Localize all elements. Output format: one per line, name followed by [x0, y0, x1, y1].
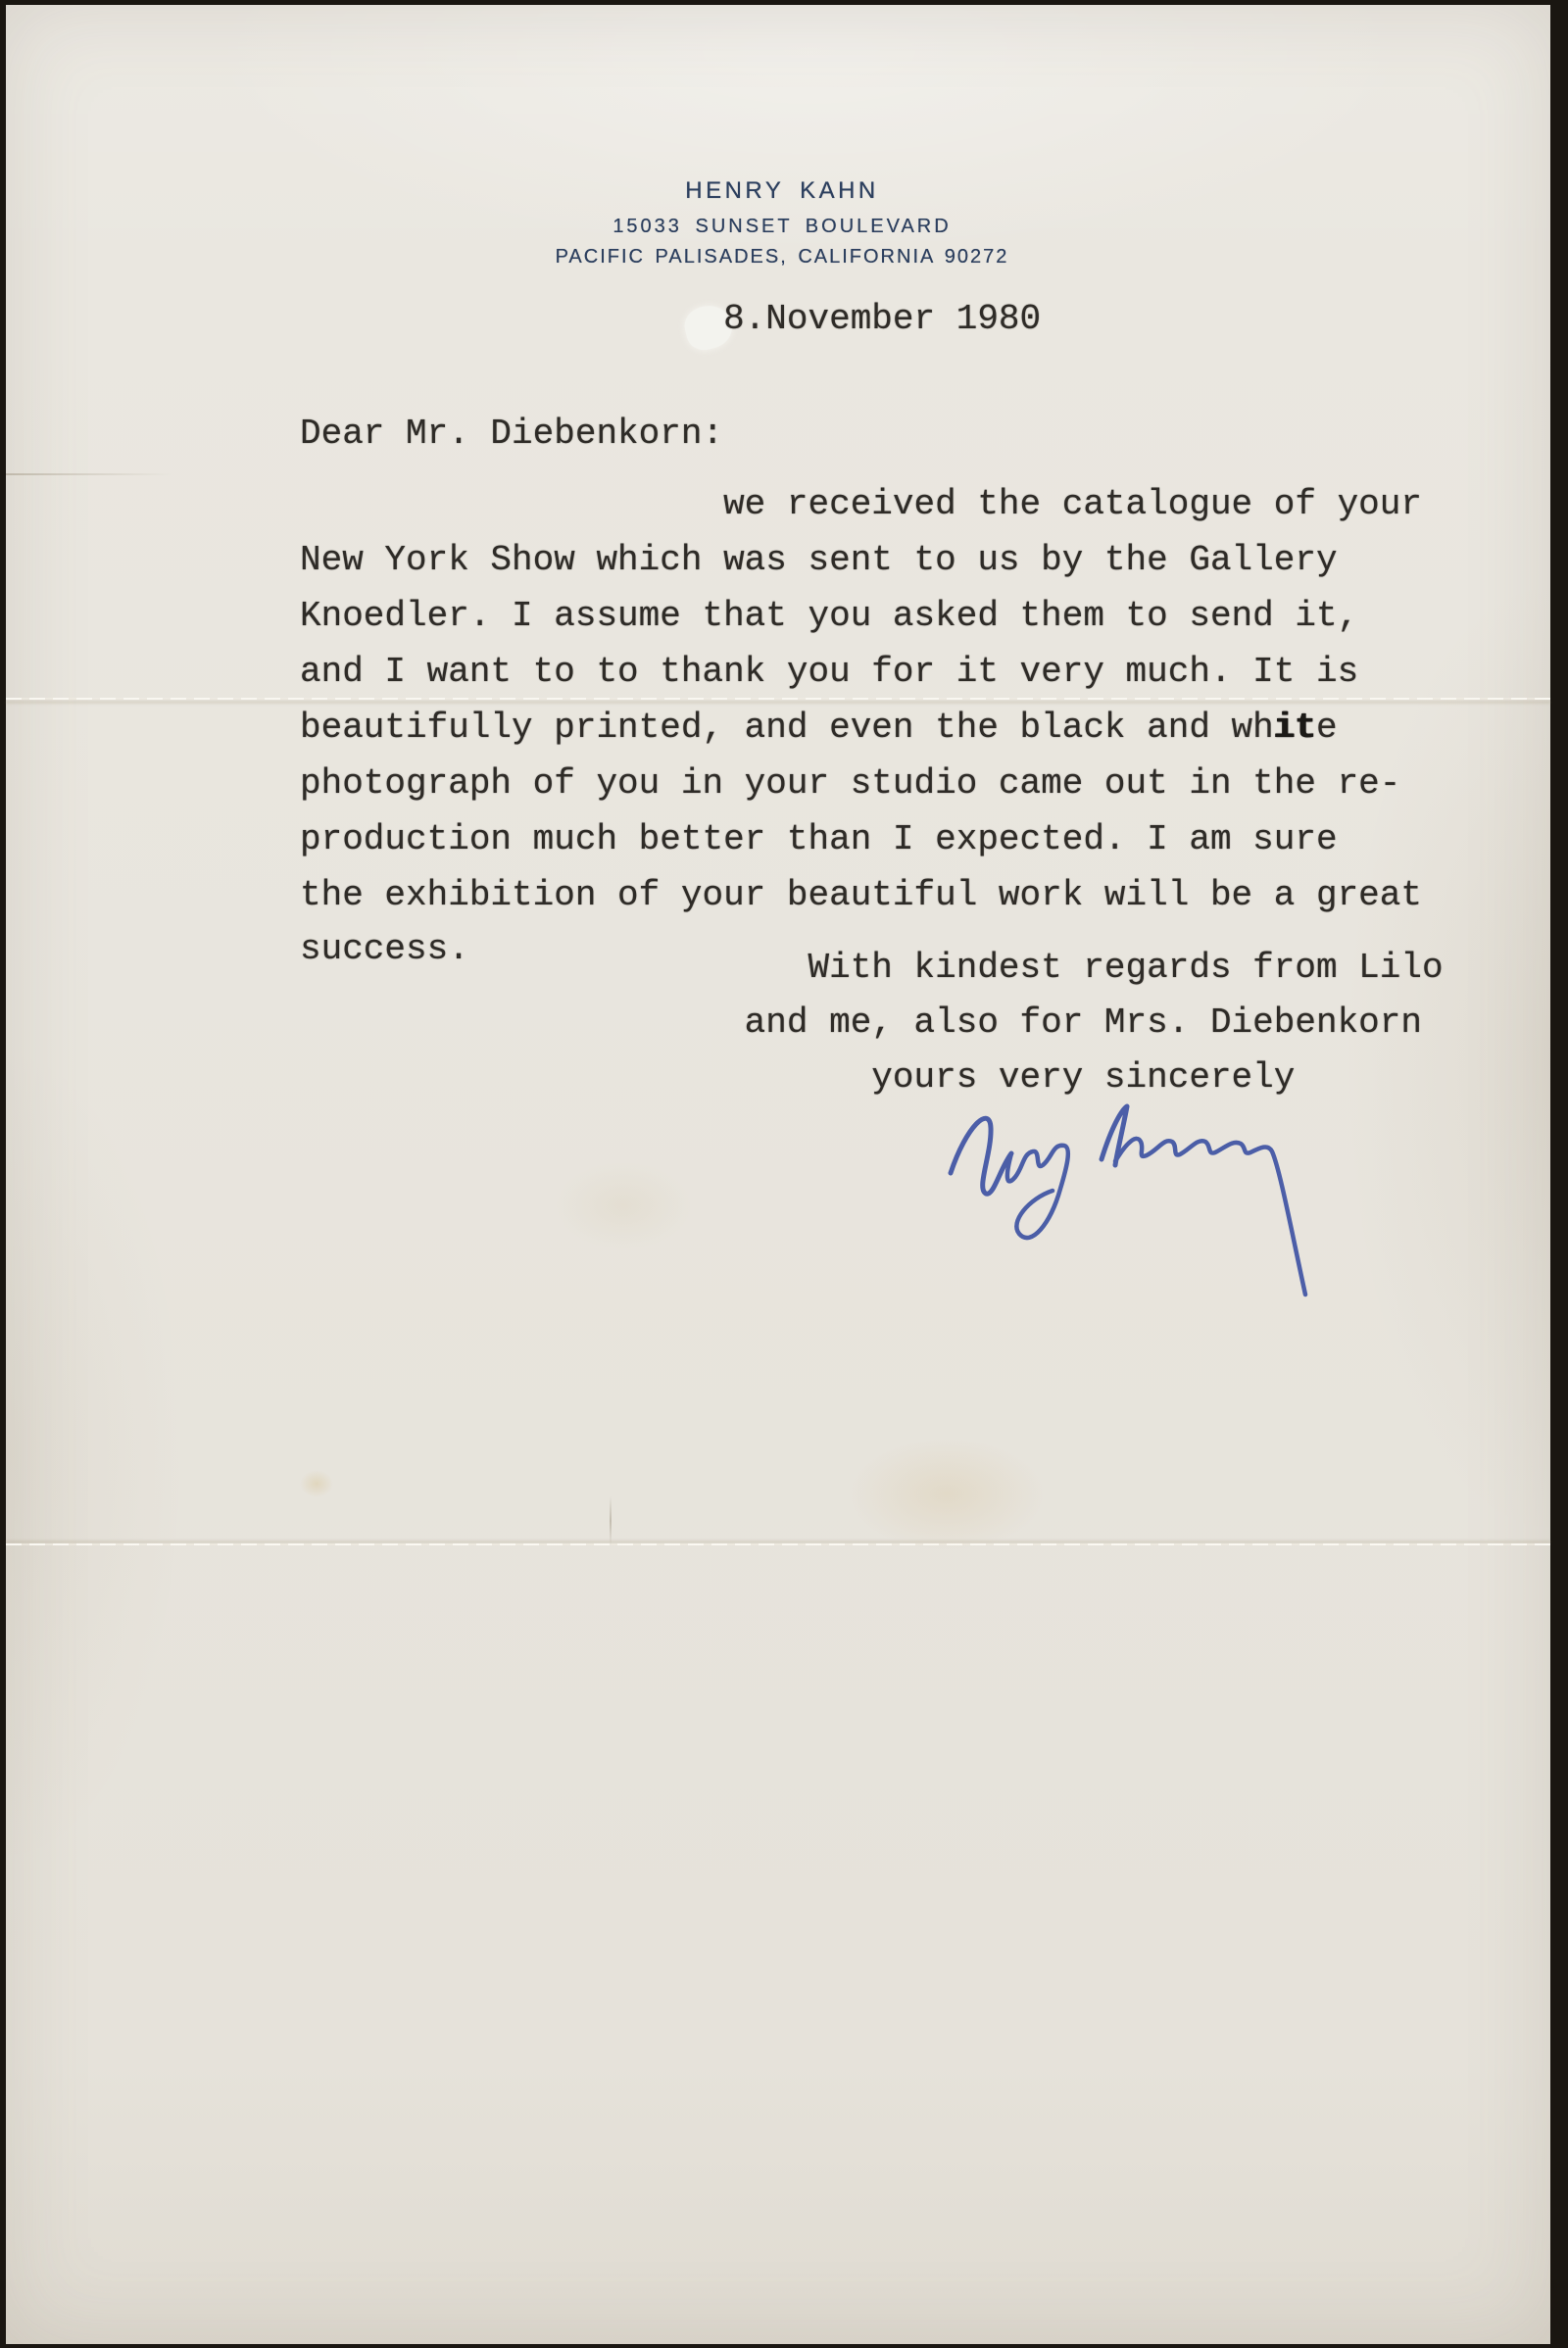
typed-line: the exhibition of your beautiful work wi…: [300, 878, 1422, 913]
typed-line: we received the catalogue of your: [300, 487, 1422, 522]
typed-line: Dear Mr. Diebenkorn:: [300, 416, 723, 452]
paper-stain-large: [849, 1438, 1045, 1550]
typed-line: and me, also for Mrs. Diebenkorn: [300, 1005, 1422, 1041]
paper-stain-dot: [300, 1470, 333, 1497]
typed-line: yours very sincerely: [300, 1060, 1295, 1096]
signature-henry-kahn: Henry Kahn: [945, 1099, 1317, 1309]
typed-line: production much better than I expected. …: [300, 822, 1338, 857]
typed-text: 8.November 1980Dear Mr. Diebenkorn: we r…: [6, 5, 1550, 2344]
typed-line: With kindest regards from Lilo: [300, 951, 1444, 986]
typed-line: New York Show which was sent to us by th…: [300, 543, 1338, 578]
left-edge-crease: [6, 473, 172, 475]
vertical-crease-mark: [610, 1496, 612, 1545]
typed-line: and I want to to thank you for it very m…: [300, 655, 1358, 690]
typed-line: Knoedler. I assume that you asked them t…: [300, 599, 1358, 634]
scanned-letter-page: { "colors": { "backdrop": "#1a1611", "pa…: [0, 0, 1568, 2348]
letter-paper: HENRY KAHN 15033 SUNSET BOULEVARD PACIFI…: [6, 5, 1550, 2344]
paper-stain-faint: [555, 1161, 692, 1249]
typed-line: beautifully printed, and even the black …: [300, 710, 1338, 746]
typed-line: photograph of you in your studio came ou…: [300, 766, 1400, 802]
typed-line: 8.November 1980: [300, 302, 1041, 337]
